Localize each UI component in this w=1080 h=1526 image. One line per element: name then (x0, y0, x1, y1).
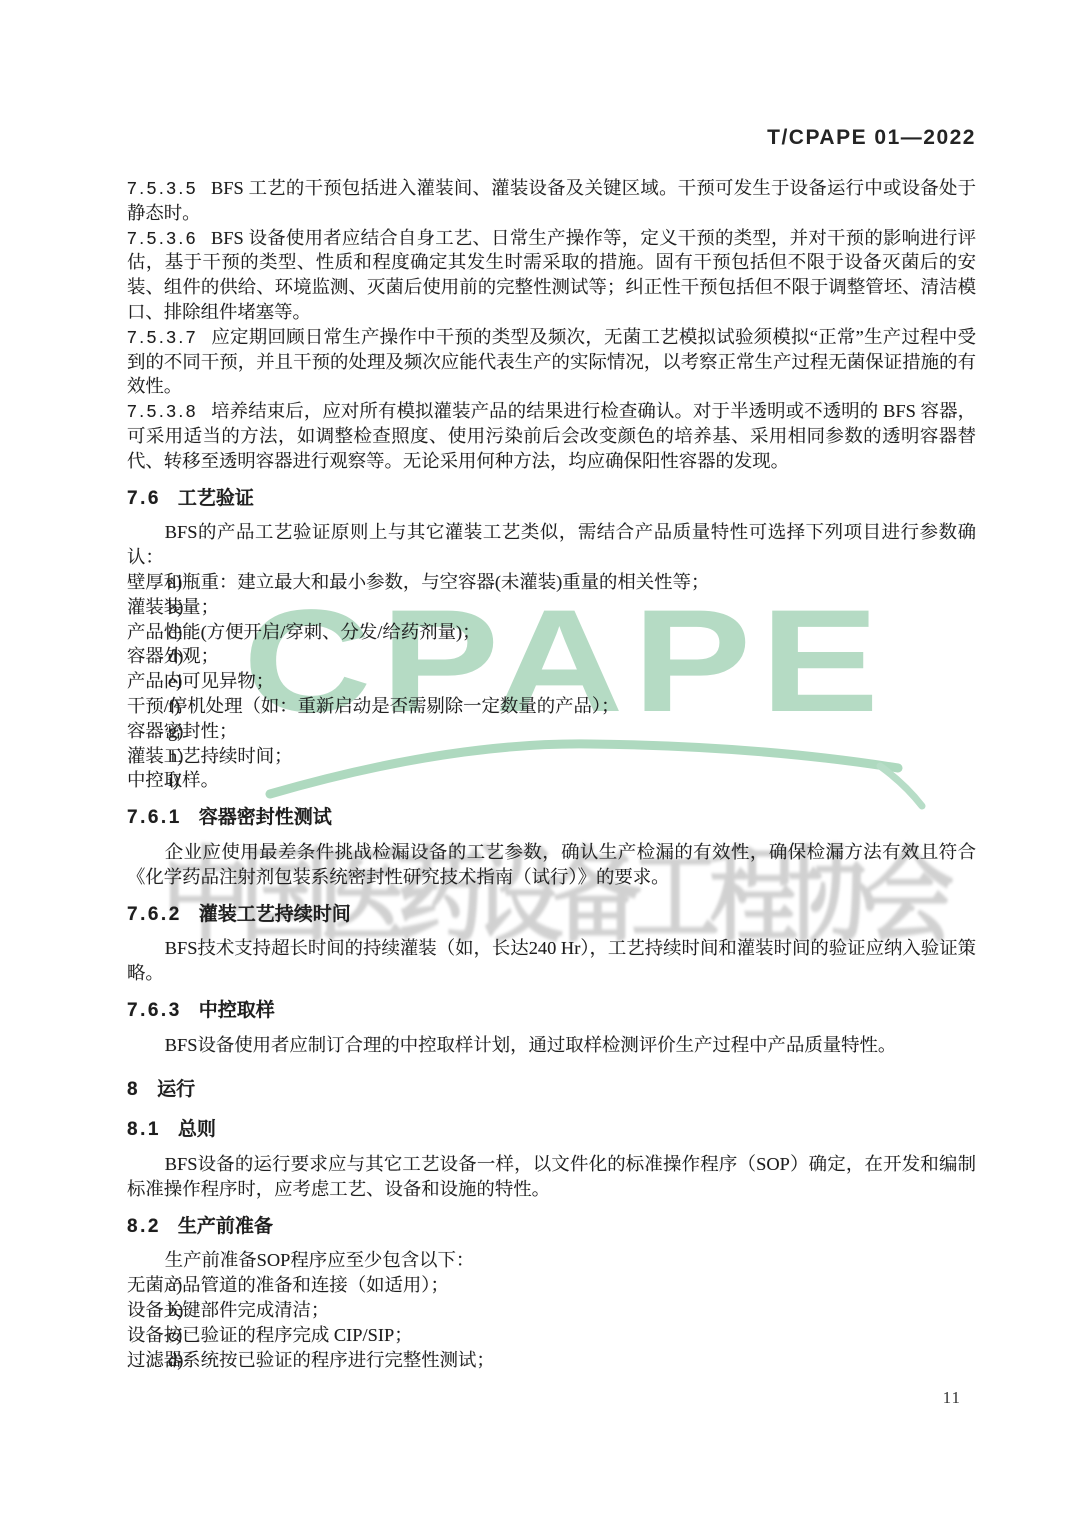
section-number: 8 (127, 1079, 140, 1100)
list-marker: h) (168, 744, 183, 769)
section-number: 8.1 (127, 1119, 161, 1140)
section-heading: 7.6.1容器密封性测试 (127, 806, 976, 831)
list-marker: a) (168, 1273, 182, 1298)
section-heading: 8.1总则 (127, 1118, 976, 1143)
list-item: g)容器密封性； (127, 719, 976, 744)
clause-text: BFS 设备使用者应结合自身工艺、日常生产操作等，定义干预的类型，并对干预的影响… (127, 228, 976, 322)
list-item-text: 灌装工艺持续时间； (127, 746, 293, 766)
clause-text: BFS 工艺的干预包括进入灌装间、灌装设备及关键区域。干预可发生于设备运行中或设… (127, 178, 976, 223)
body-paragraph: 企业应使用最差条件挑战检漏设备的工艺参数，确认生产检漏的有效性，确保检漏方法有效… (127, 840, 976, 890)
section-heading: 7.6.2灌装工艺持续时间 (127, 903, 976, 928)
list-item: f)干预/停机处理（如：重新启动是否需剔除一定数量的产品）； (127, 694, 976, 719)
list-marker: i) (168, 768, 179, 793)
list-item: i)中控取样。 (127, 768, 976, 793)
clause-text: 应定期回顾日常生产操作中干预的类型及频次，无菌工艺模拟试验须模拟“正常”生产过程… (127, 327, 976, 397)
section-number: 7.6.1 (127, 807, 182, 828)
list-marker: e) (168, 669, 182, 694)
clause-paragraph: 7.5.3.5BFS 工艺的干预包括进入灌装间、灌装设备及关键区域。干预可发生于… (127, 176, 976, 226)
list-item: c)设备按已验证的程序完成 CIP/SIP； (127, 1323, 976, 1348)
body-paragraph: BFS的产品工艺验证原则上与其它灌装工艺类似，需结合产品质量特性可选择下列项目进… (127, 520, 976, 570)
clause-paragraph: 7.5.3.6BFS 设备使用者应结合自身工艺、日常生产操作等，定义干预的类型，… (127, 226, 976, 325)
section-heading: 8.2生产前准备 (127, 1215, 976, 1240)
clause-paragraph: 7.5.3.8培养结束后，应对所有模拟灌装产品的结果进行检查确认。对于半透明或不… (127, 399, 976, 473)
document-code-header: T/CPAPE 01—2022 (767, 126, 976, 150)
section-number: 8.2 (127, 1216, 161, 1237)
section-number: 7.6 (127, 488, 161, 509)
section-heading: 7.6.3中控取样 (127, 999, 976, 1024)
clause-number: 7.5.3.8 (127, 401, 198, 421)
page-number: 11 (943, 1388, 961, 1408)
list-marker: d) (168, 1348, 183, 1373)
clause-text: 培养结束后，应对所有模拟灌装产品的结果进行检查确认。对于半透明或不透明的 BFS… (127, 401, 976, 471)
list-item: d)容器外观； (127, 644, 976, 669)
heading-text: 工艺验证 (178, 488, 254, 509)
list-item: e)产品内可见异物； (127, 669, 976, 694)
clause-number: 7.5.3.5 (127, 178, 198, 198)
section-number: 7.6.3 (127, 1000, 182, 1021)
list-item-text: 干预/停机处理（如：重新启动是否需剔除一定数量的产品）； (127, 696, 619, 716)
list-item: b)设备关键部件完成清洁； (127, 1298, 976, 1323)
clause-number: 7.5.3.6 (127, 228, 198, 248)
section-number: 7.6.2 (127, 904, 182, 925)
section-heading: 7.6工艺验证 (127, 487, 976, 512)
list-item-text: 壁厚和瓶重：建立最大和最小参数，与空容器(未灌装)重量的相关性等； (127, 572, 709, 592)
clause-number: 7.5.3.7 (127, 327, 198, 347)
chapter-heading: 8运行 (127, 1078, 976, 1103)
document-page: CPAPE 中国医药设备工程协会 T/CPAPE 01—2022 7.5.3.5… (0, 0, 1080, 1526)
list-marker: b) (168, 1298, 183, 1323)
heading-text: 总则 (178, 1119, 216, 1140)
body-paragraph: BFS设备使用者应制订合理的中控取样计划，通过取样检测评价生产过程中产品质量特性… (127, 1033, 976, 1058)
list-marker: c) (168, 620, 182, 645)
heading-text: 灌装工艺持续时间 (199, 904, 351, 925)
heading-text: 运行 (157, 1079, 195, 1100)
list-marker: c) (168, 1323, 182, 1348)
list-item: a)壁厚和瓶重：建立最大和最小参数，与空容器(未灌装)重量的相关性等； (127, 570, 976, 595)
body-paragraph: BFS设备的运行要求应与其它工艺设备一样，以文件化的标准操作程序（SOP）确定，… (127, 1152, 976, 1202)
document-body: 7.5.3.5BFS 工艺的干预包括进入灌装间、灌装设备及关键区域。干预可发生于… (127, 176, 976, 1372)
list-item: a)无菌产品管道的准备和连接（如适用）； (127, 1273, 976, 1298)
list-marker: a) (168, 570, 182, 595)
heading-text: 容器密封性测试 (199, 807, 332, 828)
list-item: c)产品性能(方便开启/穿刺、分发/给药剂量)； (127, 620, 976, 645)
list-marker: f) (168, 694, 180, 719)
list-item: d)过滤器系统按已验证的程序进行完整性测试； (127, 1348, 976, 1373)
list-item-text: 产品内可见异物； (127, 671, 274, 691)
list-marker: b) (168, 595, 183, 620)
list-item: b)灌装装量； (127, 595, 976, 620)
heading-text: 中控取样 (199, 1000, 275, 1021)
clause-paragraph: 7.5.3.7应定期回顾日常生产操作中干预的类型及频次，无菌工艺模拟试验须模拟“… (127, 325, 976, 399)
list-item-text: 设备关键部件完成清洁； (127, 1300, 329, 1320)
list-item: h)灌装工艺持续时间； (127, 744, 976, 769)
body-paragraph: 生产前准备SOP程序应至少包含以下： (127, 1248, 976, 1273)
list-marker: d) (168, 644, 183, 669)
list-marker: g) (168, 719, 183, 744)
body-paragraph: BFS技术支持超长时间的持续灌装（如，长达240 Hr），工艺持续时间和灌装时间… (127, 936, 976, 986)
heading-text: 生产前准备 (178, 1216, 273, 1237)
